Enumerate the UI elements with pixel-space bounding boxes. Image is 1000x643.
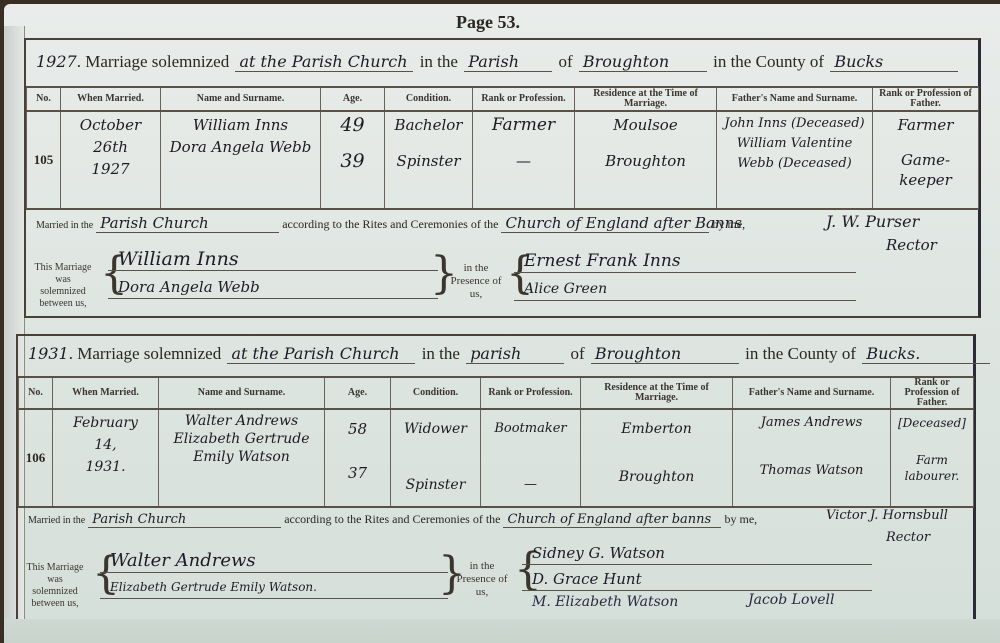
page-bottom-margin (4, 619, 1000, 643)
between-us-label: This Marriage was solemnized between us, (24, 562, 86, 610)
bride-signature: Dora Angela Webb (108, 276, 438, 299)
heading-place: at the Parish Church (227, 344, 415, 364)
bride-father-name: William Valentine Webb (Deceased) (721, 134, 868, 174)
residences: Emberton Broughton (581, 409, 733, 507)
bride-condition: Spinster (395, 474, 476, 496)
groom-rank: Farmer (477, 114, 570, 136)
col-no: No. (27, 87, 61, 111)
col-name: Name and Surname. (161, 87, 321, 111)
col-rank: Rank or Profession. (481, 377, 581, 409)
presence-label: in the Presence of us, (446, 262, 506, 301)
heading-county-label: in the County of (745, 344, 856, 363)
groom-signature: William Inns (108, 248, 438, 271)
marriage-entry-105: 1927. Marriage solemnized at the Parish … (24, 38, 981, 318)
groom-father-rank: [Deceased] (895, 412, 969, 434)
col-father-rank: Rank or Profession of Father. (873, 87, 979, 111)
married-in-value: Parish Church (88, 512, 281, 528)
bride-signature: Elizabeth Gertrude Emily Watson. (100, 576, 448, 599)
rites-value: Church of England after Banns (501, 214, 709, 233)
bride-residence: Broughton (579, 150, 712, 172)
heading-solemnized-label: . Marriage solemnized (77, 52, 229, 71)
heading-place: at the Parish Church (235, 52, 413, 72)
ranks: Farmer — (473, 111, 575, 209)
col-when-married: When Married. (53, 377, 159, 409)
when-married-day: 26th (65, 136, 156, 158)
groom-name: Walter Andrews (163, 412, 320, 430)
groom-father-rank: Farmer (877, 114, 974, 136)
entry-number: 105 (27, 111, 61, 209)
presence-label: in the Presence of us, (452, 560, 512, 599)
names: Walter Andrews Elizabeth Gertrude Emily … (159, 409, 325, 507)
heading-in-the-label: in the (420, 52, 458, 71)
officiant-signature: Victor J. Hornsbull (826, 508, 948, 523)
ages: 58 37 (325, 409, 391, 507)
col-age: Age. (321, 87, 385, 111)
col-condition: Condition. (385, 87, 473, 111)
heading-solemnized-label: . Marriage solemnized (69, 344, 221, 363)
between-us-label: This Marriage was solemnized between us, (32, 262, 94, 310)
rites-label: according to the Rites and Ceremonies of… (284, 512, 500, 526)
ranks: Bootmaker — (481, 409, 581, 507)
page-number: Page 53. (456, 12, 520, 33)
when-married-month: February (57, 412, 154, 434)
names: William Inns Dora Angela Webb (161, 111, 321, 209)
groom-condition: Bachelor (389, 114, 468, 136)
col-rank: Rank or Profession. (473, 87, 575, 111)
residences: Moulsoe Broughton (575, 111, 717, 209)
officiant-title: Rector (886, 530, 930, 545)
table-row: 106 February 14, 1931. Walter Andrews El… (19, 409, 974, 507)
bride-age: 39 (325, 150, 380, 172)
heading-of-label: of (558, 52, 572, 71)
when-married-month: October (65, 114, 156, 136)
witness-1: Ernest Frank Inns (514, 250, 856, 273)
col-father-name: Father's Name and Surname. (733, 377, 891, 409)
col-residence: Residence at the Time of Marriage. (581, 377, 733, 409)
groom-age: 58 (329, 418, 386, 440)
entry-year: 1927 (36, 52, 77, 71)
entry-year: 1931 (28, 344, 69, 363)
register-table: No. When Married. Name and Surname. Age.… (26, 86, 979, 210)
marriage-entry-106: 1931. Marriage solemnized at the Parish … (16, 334, 976, 623)
table-header-row: No. When Married. Name and Surname. Age.… (19, 377, 974, 409)
conditions: Widower Spinster (391, 409, 481, 507)
col-condition: Condition. (391, 377, 481, 409)
col-father-name: Father's Name and Surname. (717, 87, 873, 111)
bride-name: Dora Angela Webb (165, 136, 316, 158)
married-in-line: Married in the Parish Church according t… (36, 214, 745, 233)
bride-name: Elizabeth Gertrude Emily Watson (163, 430, 320, 466)
bride-age: 37 (329, 462, 386, 484)
col-father-rank: Rank or Profession of Father. (891, 377, 974, 409)
married-in-value: Parish Church (96, 214, 279, 233)
register-table: No. When Married. Name and Surname. Age.… (18, 376, 974, 508)
col-when-married: When Married. (61, 87, 161, 111)
table-row: 105 October 26th 1927 William Inns Dora … (27, 111, 979, 209)
conditions: Bachelor Spinster (385, 111, 473, 209)
ages: 49 39 (321, 111, 385, 209)
married-in-line: Married in the Parish Church according t… (28, 512, 757, 528)
married-in-label: Married in the (36, 220, 93, 231)
groom-name: William Inns (165, 114, 316, 136)
when-married: February 14, 1931. (53, 409, 159, 507)
register-page: Page 53. 1927. Marriage solemnized at th… (4, 4, 1000, 643)
extra-witness-2: Jacob Lovell (748, 592, 835, 608)
entry-number: 106 (19, 409, 53, 507)
fathers-ranks: [Deceased] Farm labourer. (891, 409, 974, 507)
groom-condition: Widower (395, 418, 476, 440)
entry-heading: 1931. Marriage solemnized at the Parish … (28, 344, 992, 364)
officiant-title: Rector (886, 236, 937, 254)
groom-father-name: James Andrews (737, 412, 886, 434)
bride-father-rank: Game-keeper (877, 150, 974, 190)
when-married: October 26th 1927 (61, 111, 161, 209)
col-name: Name and Surname. (159, 377, 325, 409)
fathers-names: James Andrews Thomas Watson (733, 409, 891, 507)
officiant-signature: J. W. Purser (826, 212, 919, 231)
table-header-row: No. When Married. Name and Surname. Age.… (27, 87, 979, 111)
rites-value: Church of England after banns (503, 512, 721, 528)
bride-rank: — (485, 474, 576, 496)
bride-residence: Broughton (585, 466, 728, 488)
col-age: Age. (325, 377, 391, 409)
by-me-label: by me, (724, 512, 757, 526)
heading-district: Broughton (579, 52, 707, 72)
bride-father-name: Thomas Watson (737, 460, 886, 482)
bride-rank: — (477, 150, 570, 172)
heading-district: Broughton (591, 344, 739, 364)
groom-residence: Moulsoe (579, 114, 712, 136)
entry-heading: 1927. Marriage solemnized at the Parish … (36, 52, 960, 72)
col-no: No. (19, 377, 53, 409)
bride-father-rank: Farm labourer. (895, 452, 969, 484)
heading-county-label: in the County of (713, 52, 824, 71)
witness-2: D. Grace Hunt (522, 568, 872, 591)
rites-label: according to the Rites and Ceremonies of… (282, 217, 498, 231)
fathers-ranks: Farmer Game-keeper (873, 111, 979, 209)
groom-rank: Bootmaker (485, 418, 576, 440)
heading-district-type: parish (466, 344, 564, 364)
groom-residence: Emberton (585, 418, 728, 440)
extra-witness-1: M. Elizabeth Watson (532, 594, 678, 610)
married-in-label: Married in the (28, 515, 85, 526)
col-residence: Residence at the Time of Marriage. (575, 87, 717, 111)
bride-condition: Spinster (389, 150, 468, 172)
witness-2: Alice Green (514, 278, 856, 301)
heading-district-type: Parish (464, 52, 552, 72)
heading-in-the-label: in the (422, 344, 460, 363)
by-me-label: by me, (712, 217, 745, 231)
fathers-names: John Inns (Deceased) William Valentine W… (717, 111, 873, 209)
groom-age: 49 (325, 114, 380, 136)
groom-father-name: John Inns (Deceased) (721, 114, 868, 134)
groom-signature: Walter Andrews (100, 550, 448, 573)
witness-1: Sidney G. Watson (522, 542, 872, 565)
heading-of-label: of (570, 344, 584, 363)
when-married-year: 1927 (65, 158, 156, 180)
when-married-day: 14, (57, 434, 154, 456)
heading-county: Bucks (830, 52, 958, 72)
heading-county: Bucks. (862, 344, 990, 364)
when-married-year: 1931. (57, 456, 154, 478)
